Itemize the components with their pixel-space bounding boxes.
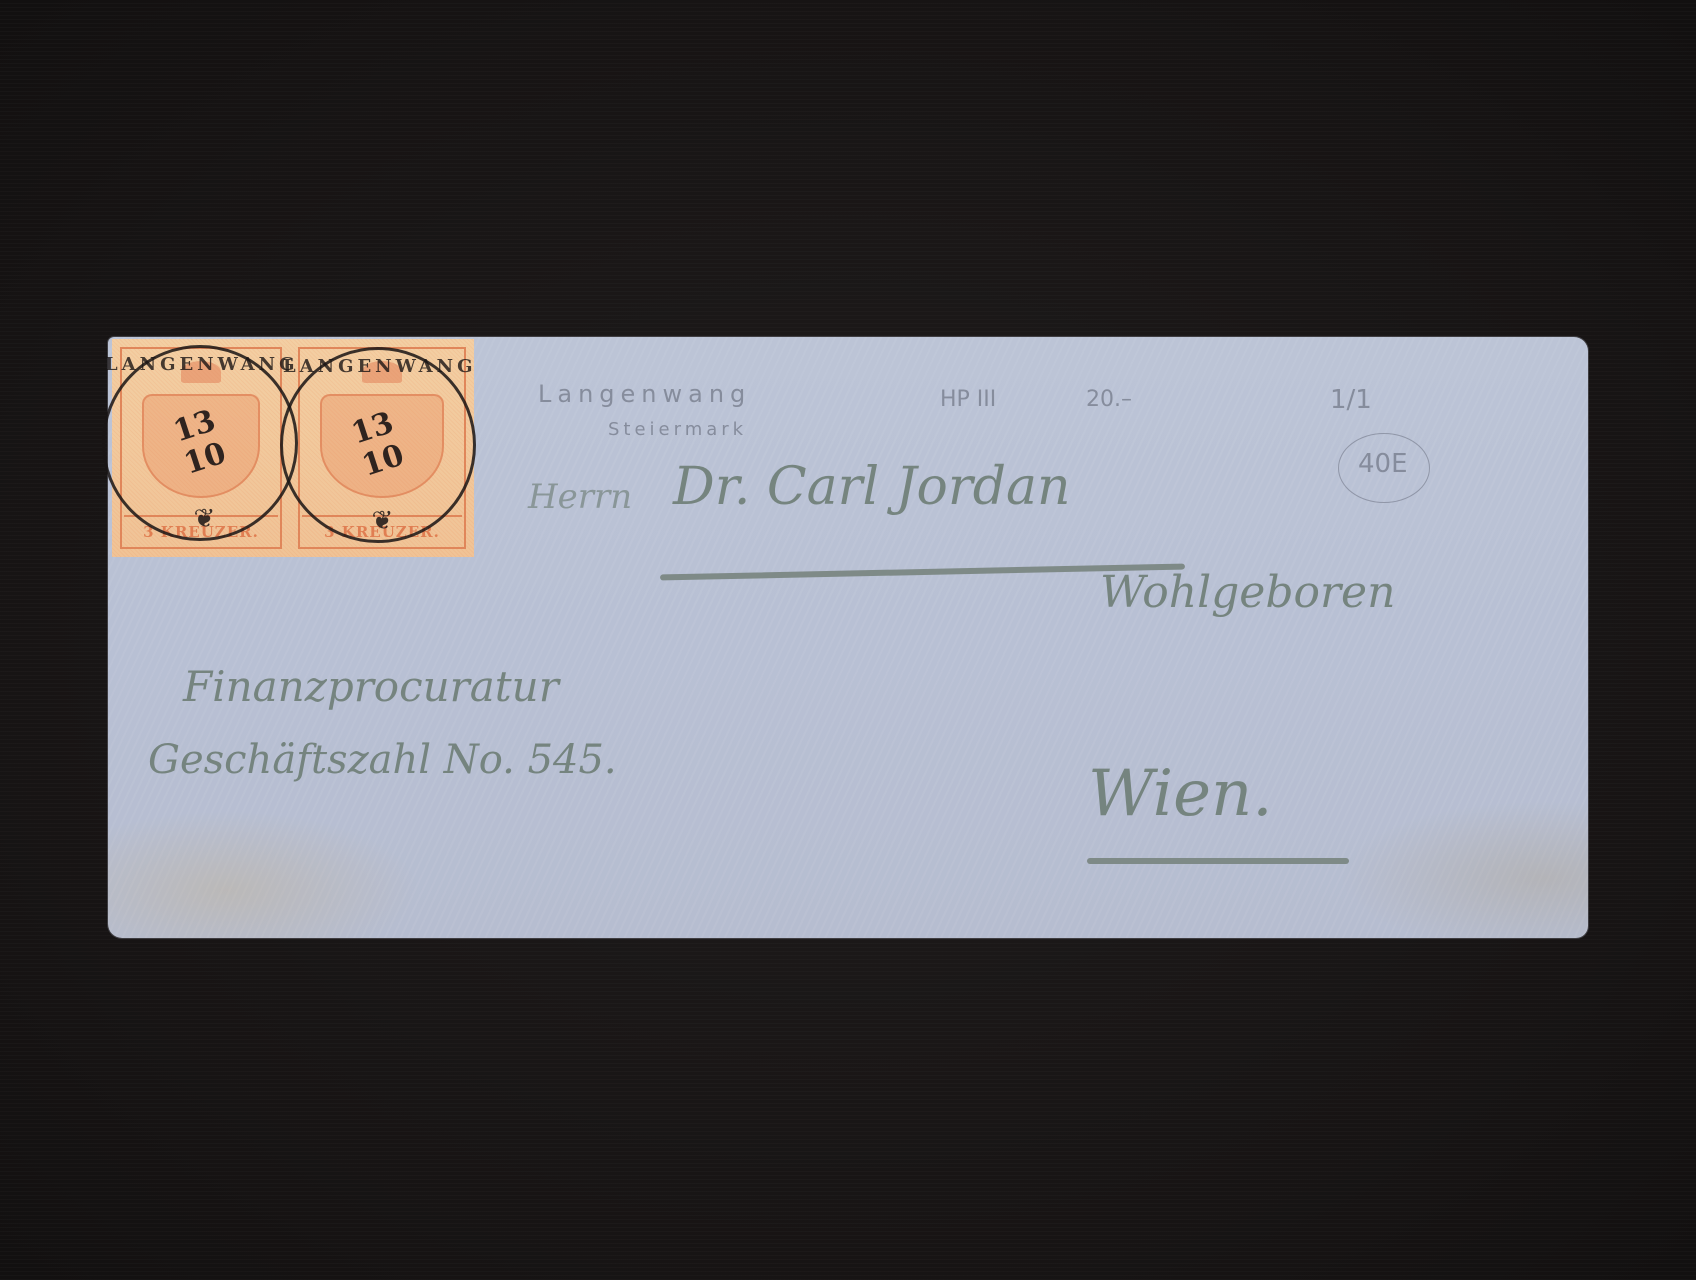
- address-salutation: Herrn: [528, 477, 632, 517]
- address-name: Dr. Carl Jordan: [673, 457, 1071, 517]
- address-honorific: Wohlgeboren: [1100, 567, 1395, 618]
- pencil-note-region: Steiermark: [608, 419, 747, 440]
- address-city-underline: [1087, 858, 1349, 864]
- flourish-icon: ❦: [193, 504, 215, 534]
- pencil-note-town: Langenwang: [538, 380, 751, 408]
- pencil-note-catalog: HP III: [940, 387, 996, 412]
- postmark-left: LANGENWANG 13 10 ❦: [102, 345, 298, 541]
- pencil-note-price: 20.–: [1086, 387, 1132, 412]
- flourish-icon: ❦: [371, 506, 393, 536]
- pencil-note-ref: 1/1: [1330, 385, 1372, 415]
- postmark-date: 13 10: [348, 406, 409, 484]
- sender-reference: Geschäftszahl No. 545.: [148, 737, 617, 783]
- address-city: Wien.: [1088, 757, 1273, 831]
- envelope: 3 KREUZER. 3 KREUZER. LANGENWANG 13 10 ❦…: [108, 337, 1588, 938]
- postmark-date: 13 10: [170, 404, 231, 482]
- pencil-note-circled: 40E: [1358, 449, 1408, 479]
- sender-office: Finanzprocuratur: [183, 662, 559, 711]
- postmark-town: LANGENWANG: [105, 354, 295, 375]
- postmark-right: LANGENWANG 13 10 ❦: [280, 347, 476, 543]
- postmark-town: LANGENWANG: [283, 356, 473, 377]
